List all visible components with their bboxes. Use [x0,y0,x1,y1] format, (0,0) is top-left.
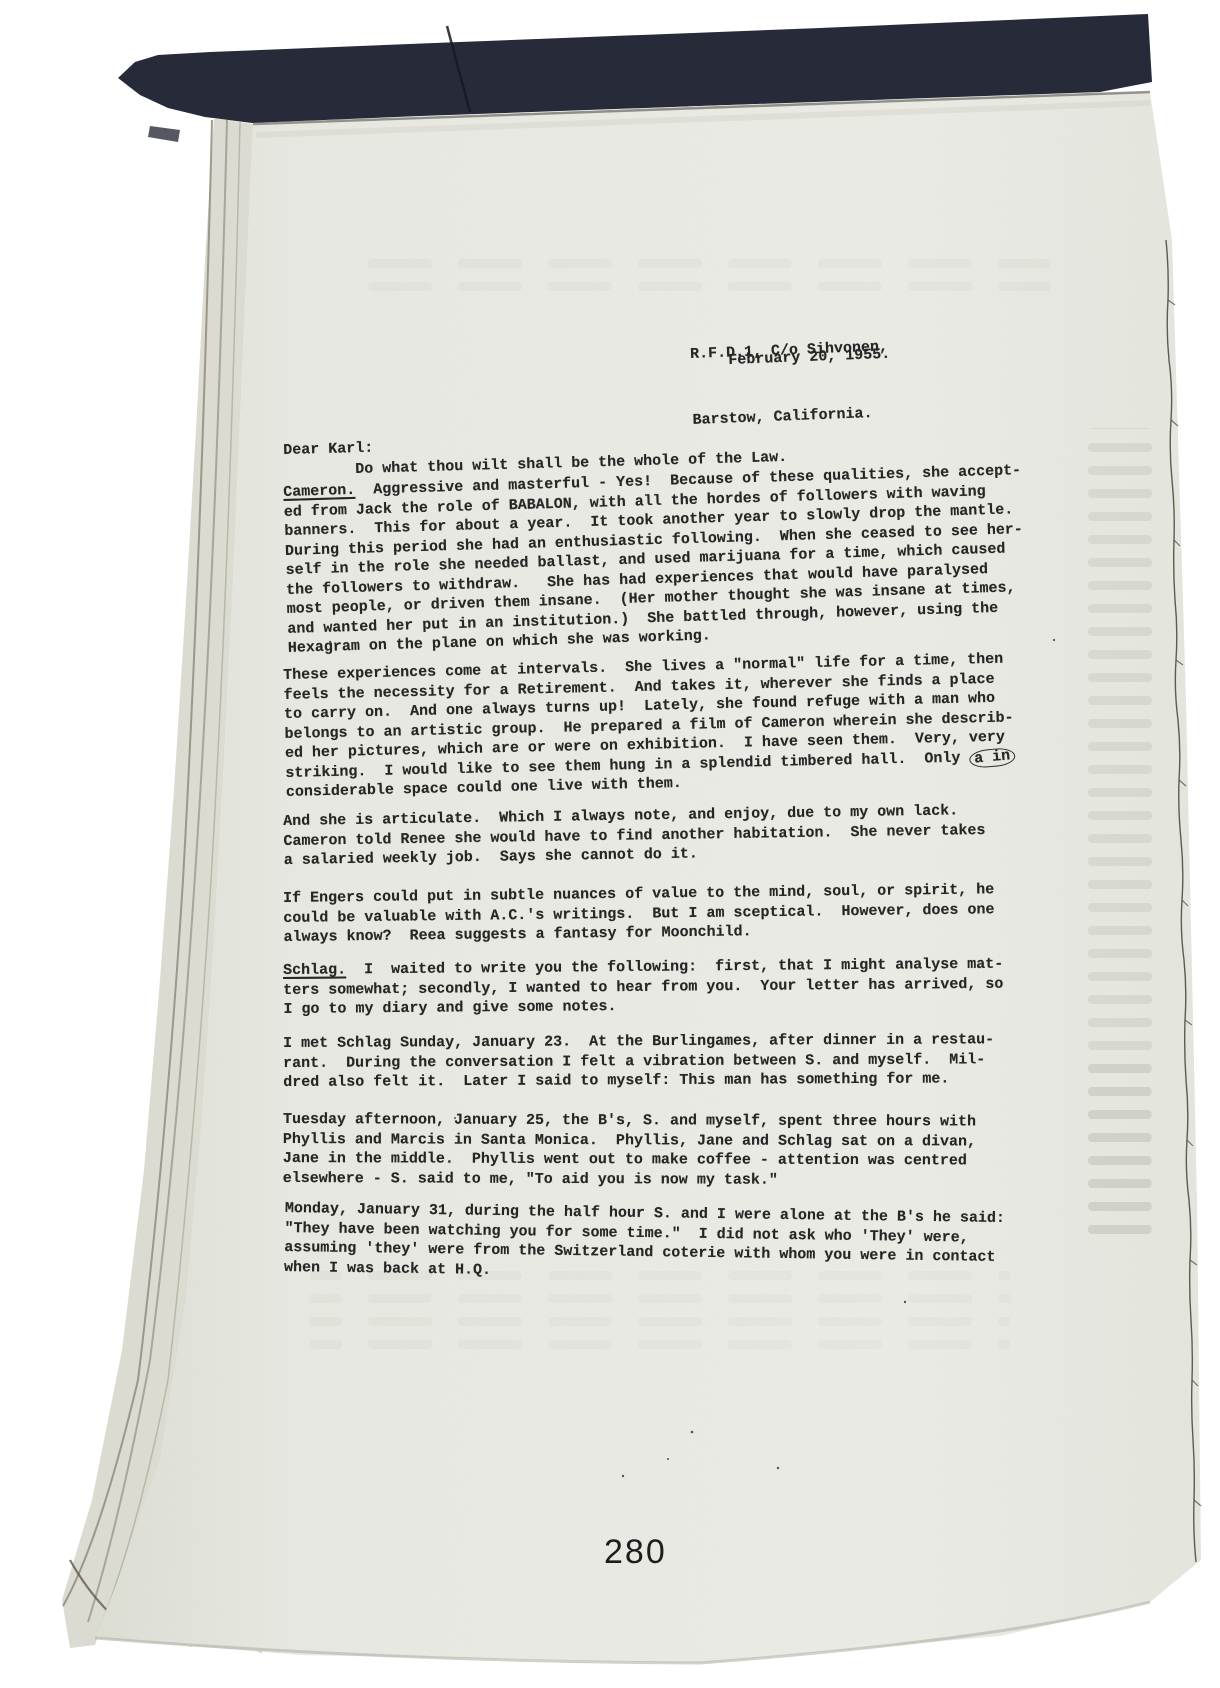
circled-correction: a in [969,746,1016,768]
underlined-lead: Cameron. [283,482,355,501]
underlined-lead: Schlag. [283,961,346,979]
paragraph-text: I waited to write you the following: fir… [283,956,1003,1018]
paragraph-met-schlag: I met Schlag Sunday, January 23. At the … [283,1030,1073,1093]
paragraph-experiences: These experiences come at intervals. She… [283,648,1076,802]
paragraph-monday: Monday, January 31, during the half hour… [284,1199,1075,1288]
paragraph-text: These experiences come at intervals. She… [283,651,1014,782]
address-line-2: Barstow, California. [692,397,1033,432]
paragraph-articulate: And she is articulate. Which I always no… [283,800,1074,871]
book-photo: R.F.D.1, C/o Sihvonen, Barstow, Californ… [0,0,1220,1688]
paragraph-tuesday: Tuesday afternoon, January 25, the B's, … [283,1110,1073,1191]
paragraph-schlag-intro: Schlag. I waited to write you the follow… [283,954,1073,1019]
page-number: 280 [604,1534,667,1570]
paragraph-cameron: Cameron. Aggressive and masterful - Yes!… [283,460,1078,659]
paragraph-engers: If Engers could put in subtle nuances of… [283,879,1074,947]
paragraph-text: Aggressive and masterful - Yes! Because … [284,462,1023,657]
